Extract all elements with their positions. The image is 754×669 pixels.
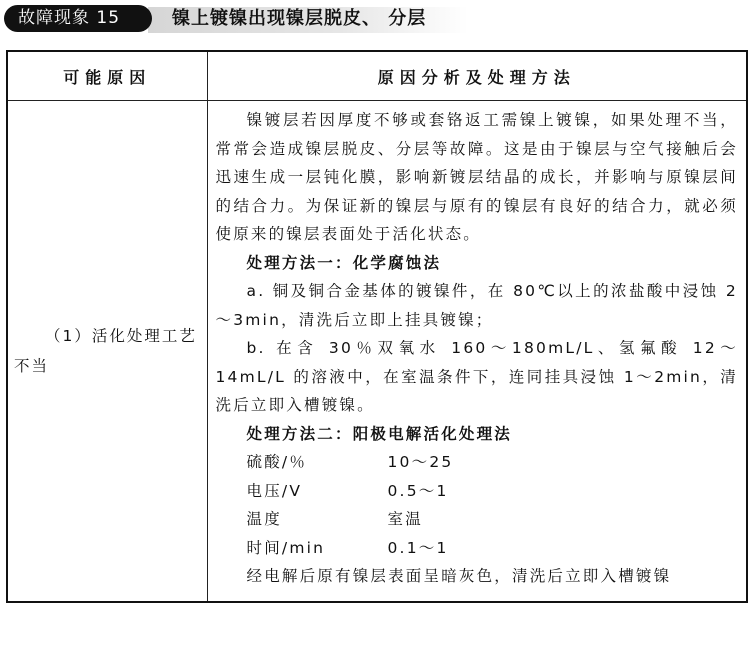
param-name: 温度 xyxy=(247,505,388,534)
param-value: 10～25 xyxy=(388,448,454,477)
cause-cell: （1）活化处理工艺不当 xyxy=(7,101,207,602)
param-row: 时间/min 0.1～1 xyxy=(216,534,739,563)
method2-heading: 处理方法二：阳极电解活化处理法 xyxy=(216,420,739,449)
param-value: 0.1～1 xyxy=(388,534,449,563)
table-header-row: 可能原因 原因分析及处理方法 xyxy=(7,51,747,101)
fault-badge: 故障现象 15 xyxy=(4,5,152,32)
method1-heading: 处理方法一：化学腐蚀法 xyxy=(216,249,739,278)
param-row: 温度 室温 xyxy=(216,505,739,534)
section-title-bar: 故障现象 15 镍上镀镍出现镍层脱皮、 分层 xyxy=(0,0,754,36)
conclusion-paragraph: 经电解后原有镍层表面呈暗灰色，清洗后立即入槽镀镍 xyxy=(216,562,739,591)
method1-step-a: a. 铜及铜合金基体的镀镍件，在 80℃以上的浓盐酸中浸蚀 2～3min，清洗后… xyxy=(216,277,739,334)
table-row: （1）活化处理工艺不当 镍镀层若因厚度不够或套铬返工需镍上镀镍，如果处理不当，常… xyxy=(7,101,747,602)
param-value: 0.5～1 xyxy=(388,477,449,506)
param-name: 硫酸/％ xyxy=(247,448,388,477)
method1-step-b: b. 在含 30％双氧水 160～180mL/L、氢氟酸 12～14mL/L 的… xyxy=(216,334,739,420)
analysis-cell: 镍镀层若因厚度不够或套铬返工需镍上镀镍，如果处理不当，常常会造成镍层脱皮、分层等… xyxy=(207,101,747,602)
fault-title: 镍上镀镍出现镍层脱皮、 分层 xyxy=(172,5,426,32)
param-value: 室温 xyxy=(388,505,423,534)
fault-table: 可能原因 原因分析及处理方法 （1）活化处理工艺不当 镍镀层若因厚度不够或套铬返… xyxy=(6,50,748,603)
column-header-analysis: 原因分析及处理方法 xyxy=(207,51,747,101)
param-name: 电压/V xyxy=(247,477,388,506)
param-name: 时间/min xyxy=(247,534,388,563)
param-row: 硫酸/％ 10～25 xyxy=(216,448,739,477)
param-row: 电压/V 0.5～1 xyxy=(216,477,739,506)
column-header-cause: 可能原因 xyxy=(7,51,207,101)
intro-paragraph: 镍镀层若因厚度不够或套铬返工需镍上镀镍，如果处理不当，常常会造成镍层脱皮、分层等… xyxy=(216,106,739,249)
cause-text: （1）活化处理工艺不当 xyxy=(14,321,201,381)
